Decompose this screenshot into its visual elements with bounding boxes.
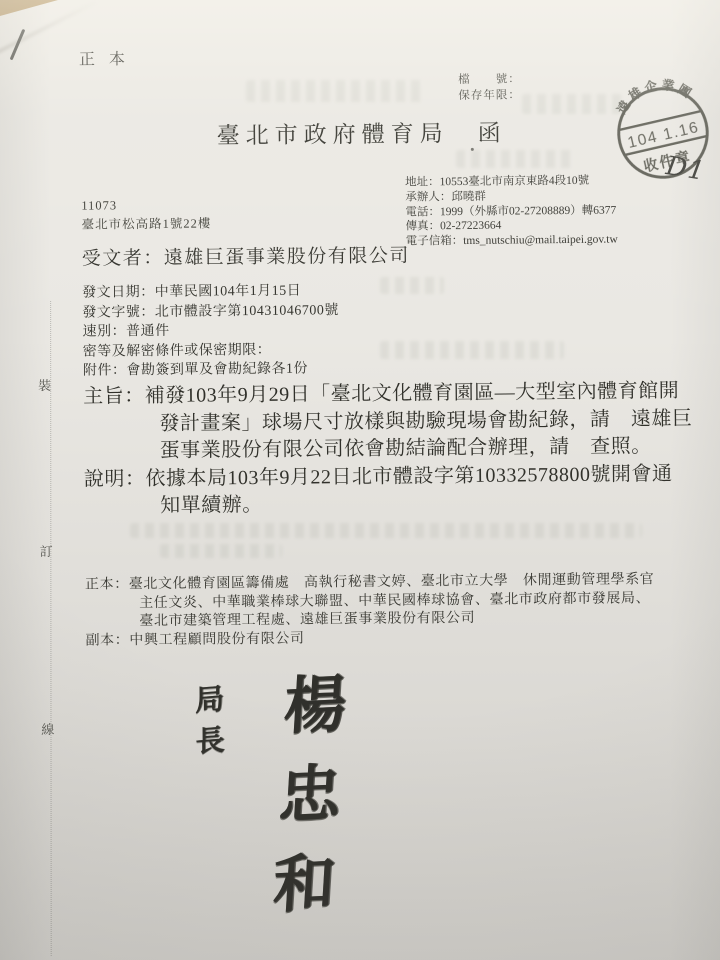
sender-phone: 電話：1999（外縣市02-27208889）轉6377 bbox=[405, 203, 617, 220]
file-number-block: 檔 號：保存年限： bbox=[458, 71, 521, 104]
signature-name-seal: 楊忠和 bbox=[271, 653, 369, 925]
binding-mark-zhuang: 裝 bbox=[38, 375, 51, 394]
distribution-list-block: 正本：臺北文化體育園區籌備處 高執行秘書文婷、臺北市立大學 休閒運動管理學系官 … bbox=[85, 571, 655, 651]
handwritten-mark: D1 bbox=[664, 151, 708, 187]
recipient-line: 受文者：遠雄巨蛋事業股份有限公司 bbox=[82, 241, 410, 271]
document-meta-block: 發文日期：中華民國104年1月15日 發文字號：北市體設字第1043104670… bbox=[82, 281, 339, 381]
sender-email: 電子信箱：tms_nutschiu@mail.taipei.gov.tw bbox=[406, 233, 618, 250]
sender-address: 地址：10553臺北市南京東路4段10號 bbox=[405, 174, 617, 191]
binding-mark-xian: 線 bbox=[41, 719, 54, 738]
signature-title: 局長 bbox=[195, 676, 230, 761]
recipient-zip-code: 11073 bbox=[81, 198, 117, 213]
security-class-line: 密等及解密條件或保密期限： bbox=[83, 340, 340, 362]
document-number-line: 發文字號：北市體設字第10431046700號 bbox=[82, 301, 339, 323]
letter-body: 主旨：補發103年9月29日「臺北文化體育園區—大型室內體育館開 發計畫案」球場… bbox=[83, 378, 709, 522]
binding-dotted-line bbox=[50, 301, 52, 956]
description-line: 知單續辦。 bbox=[84, 488, 709, 522]
attachment-line: 附件：會勘簽到單及會勘紀錄各1份 bbox=[83, 360, 340, 382]
issue-date-line: 發文日期：中華民國104年1月15日 bbox=[82, 281, 339, 303]
recipient-address: 臺北市松高路1號22樓 bbox=[81, 213, 211, 232]
scanned-letter-page: 正本 檔 號：保存年限： 臺北市政府體育局 函 地址：10553臺北市南京東路4… bbox=[0, 0, 720, 960]
file-number-label: 檔 號： bbox=[458, 73, 521, 86]
retention-period-label: 保存年限： bbox=[458, 89, 521, 102]
binding-mark-ding: 訂 bbox=[40, 541, 53, 560]
speed-class-line: 速別：普通件 bbox=[82, 320, 339, 342]
sender-info-block: 地址：10553臺北市南京東路4段10號 承辦人：邱曉群 電話：1999（外縣市… bbox=[405, 174, 618, 250]
stray-ink-dot bbox=[471, 148, 474, 151]
copy-type-label: 正本 bbox=[79, 46, 139, 70]
